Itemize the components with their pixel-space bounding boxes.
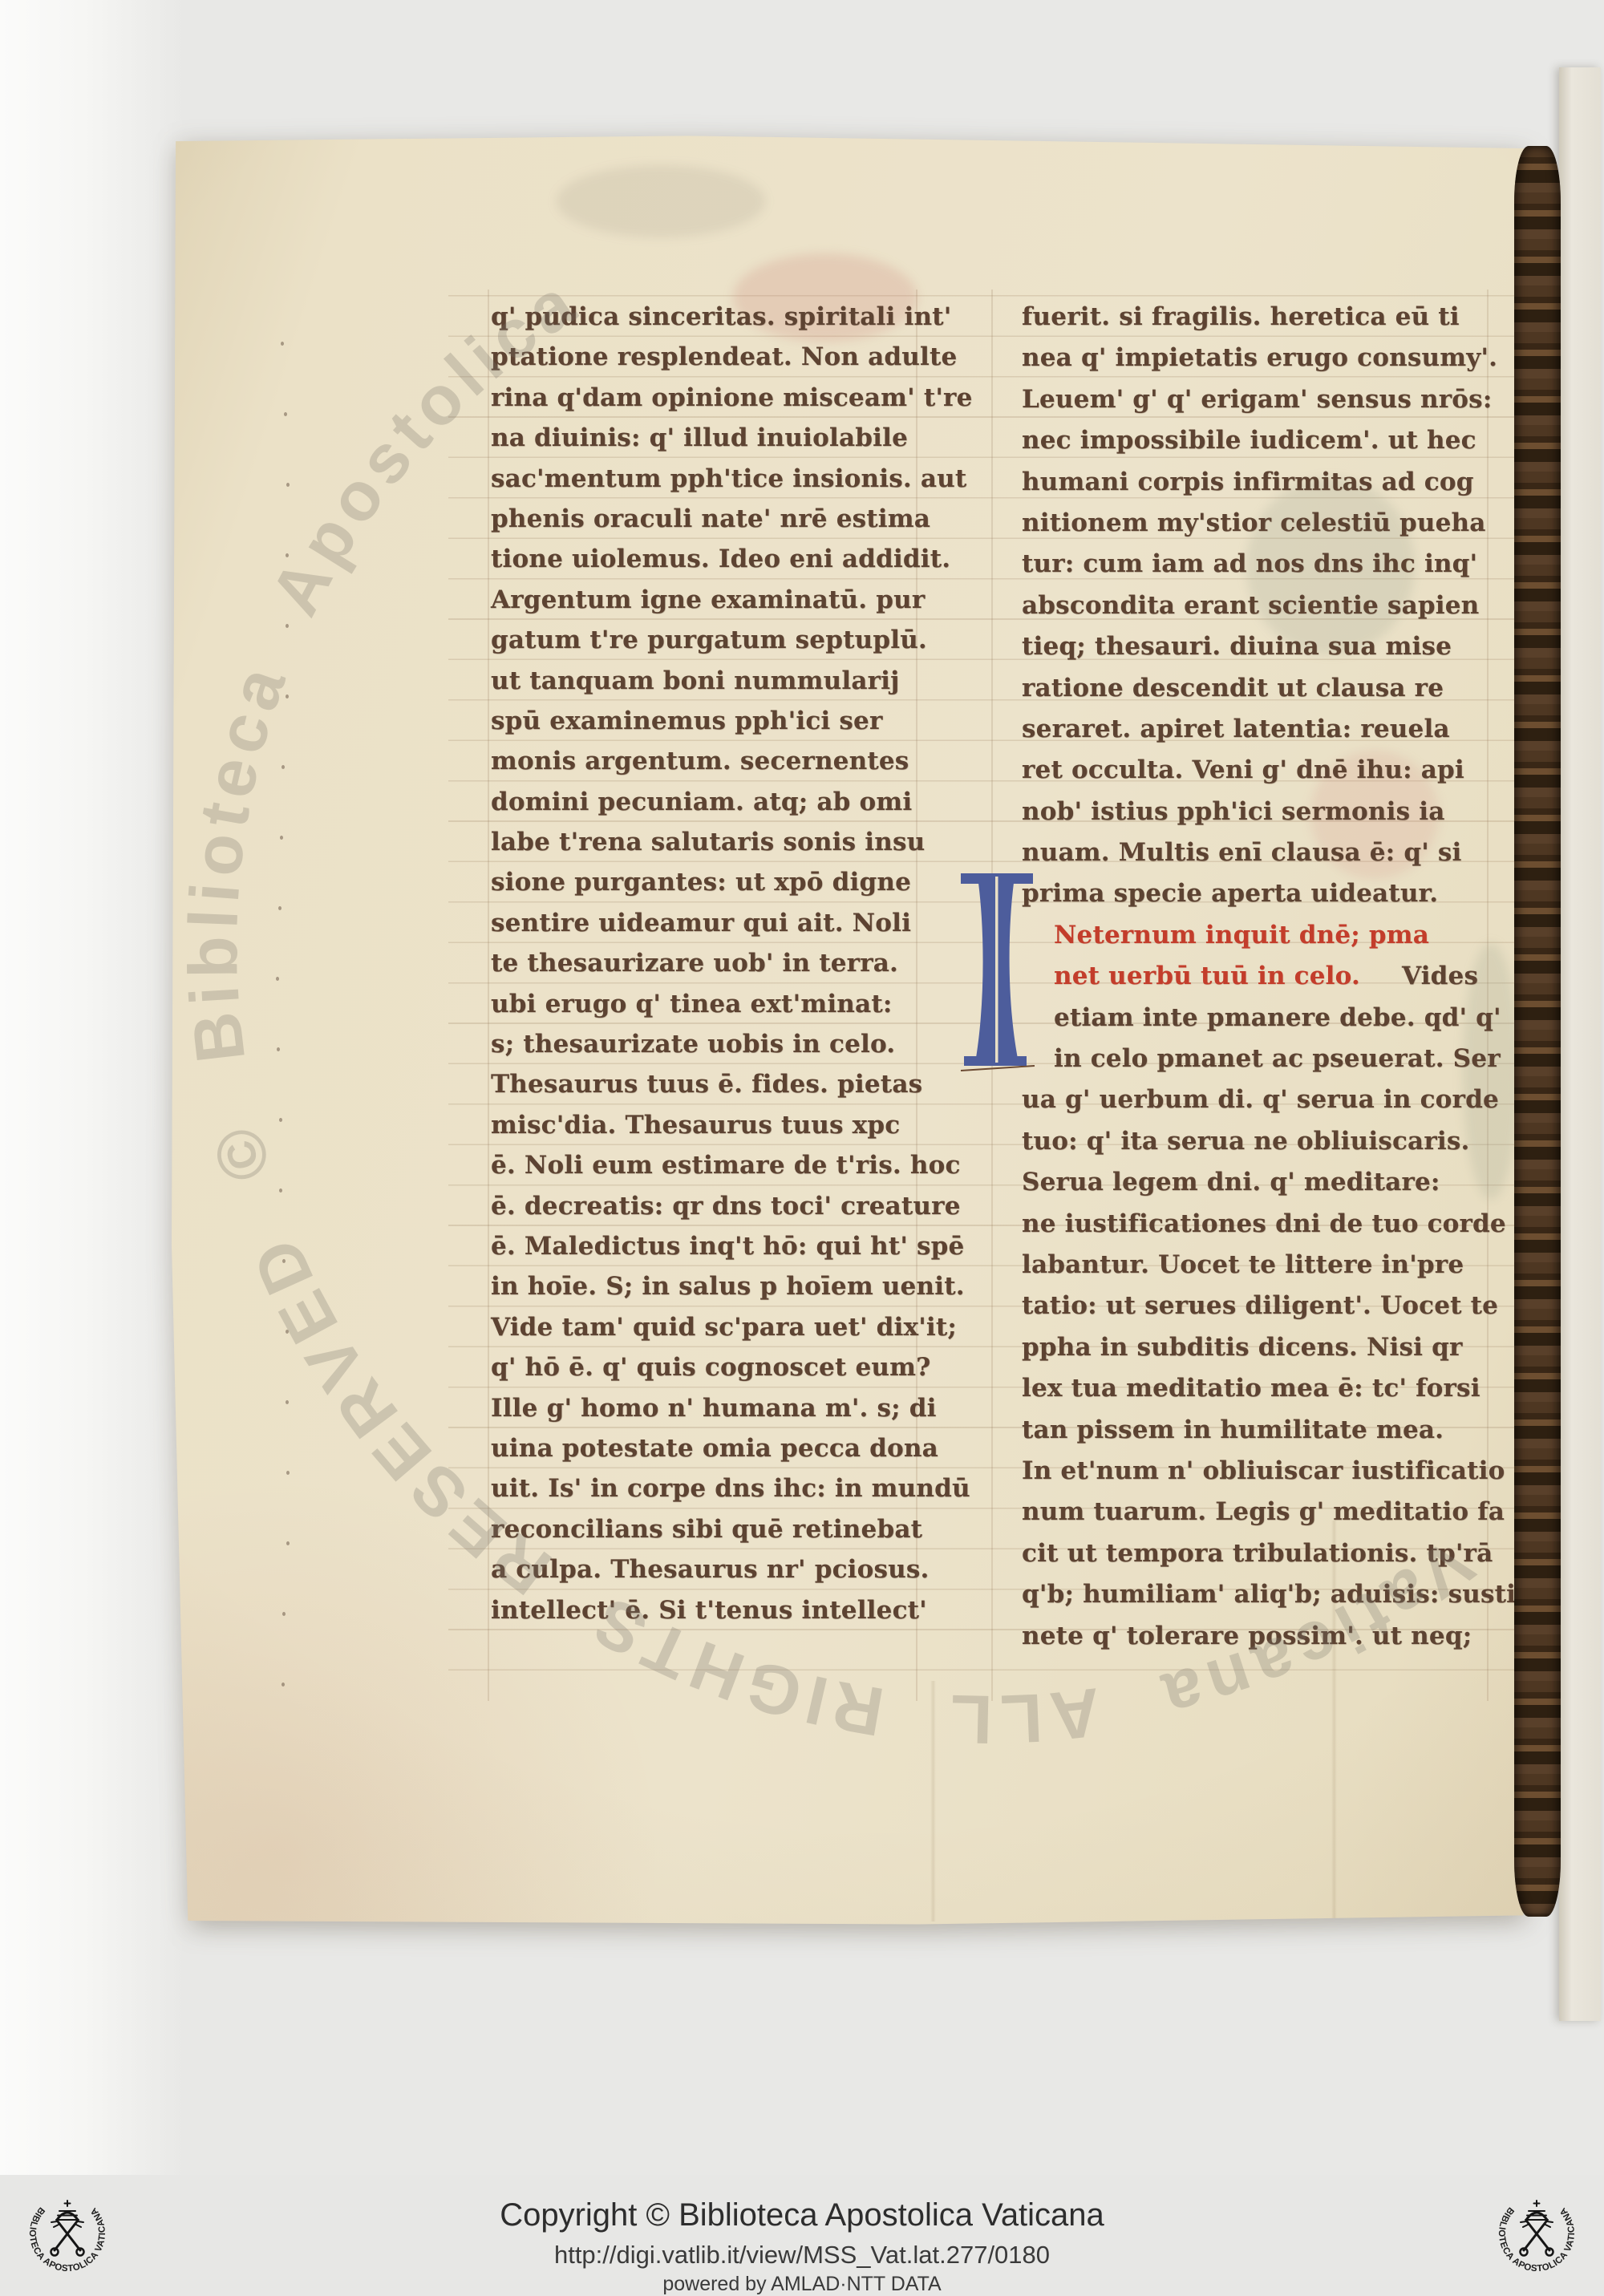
pricking-dot [282, 1683, 285, 1687]
manuscript-line: cit ut tempora tribulationis. tp'rā [1022, 1533, 1471, 1574]
pricking-dot [286, 1541, 290, 1545]
manuscript-text: te thesaurizare uob' in terra. [491, 949, 898, 978]
manuscript-text: humani corpis infirmitas ad cog [1022, 468, 1474, 496]
rubric-text: Neternum inquit dnē; pma [1054, 921, 1429, 950]
manuscript-text: q' hō ē. q' quis cognoscet eum? [491, 1353, 931, 1382]
manuscript-line: ptatione resplendeat. Non adulte [491, 337, 914, 377]
manuscript-line: gatum t're purgatum septuplū. [491, 620, 914, 660]
manuscript-text: domini pecuniam. atq; ab omi [491, 788, 912, 816]
manuscript-text: nete q' tolerare possim'. ut neq; [1022, 1622, 1472, 1650]
manuscript-line: na diuinis: q' illud inuiolabile [491, 418, 914, 458]
manuscript-line: sac'mentum pph'tice insionis. aut [491, 459, 914, 499]
manuscript-line: net uerbū tuū in celo.Vides [1022, 956, 1471, 997]
manuscript-line: tuo: q' ita serua ne obliuiscaris. [1022, 1121, 1471, 1162]
manuscript-text: spū examinemus pph'ici ser [491, 707, 883, 735]
bav-logo-right: BIBLIOTECA APOSTOLICA VATICANA [1487, 2180, 1586, 2287]
manuscript-text: na diuinis: q' illud inuiolabile [491, 423, 908, 452]
manuscript-text: in celo pmanet ac pseuerat. Ser [1054, 1044, 1501, 1073]
manuscript-line: ratione descendit ut clausa re [1022, 668, 1471, 709]
manuscript-line: Neternum inquit dnē; pma [1022, 915, 1471, 956]
pricking-dot [276, 977, 279, 981]
manuscript-text: nuam. Multis enī clausa ē: q' si [1022, 838, 1462, 867]
bav-logo-left: BIBLIOTECA APOSTOLICA VATICANA [18, 2180, 117, 2287]
manuscript-line: uina potestate omia pecca dona [491, 1428, 914, 1468]
manuscript-text: ubi erugo q' tinea ext'minat: [491, 990, 893, 1018]
manuscript-text: Thesaurus tuus ē. fides. pietas [491, 1070, 922, 1099]
manuscript-text: tuo: q' ita serua ne obliuiscaris. [1022, 1127, 1469, 1156]
manuscript-line: s; thesaurizate uobis in celo. [491, 1024, 914, 1064]
manuscript-line: Leuem' g' q' erigam' sensus nrōs: [1022, 379, 1471, 420]
manuscript-text: tan pissem in humilitate mea. [1022, 1415, 1444, 1444]
manuscript-line: q' hō ē. q' quis cognoscet eum? [491, 1347, 914, 1387]
scanner-edge-left [0, 0, 184, 2296]
pricking-dot [286, 1471, 290, 1475]
manuscript-line: nete q' tolerare possim'. ut neq; [1022, 1616, 1471, 1657]
manuscript-text: labe t'rena salutaris sonis insu [491, 828, 925, 856]
parchment-crease [930, 1681, 936, 1921]
manuscript-line: reconcilians sibi quē retinebat [491, 1509, 914, 1549]
manuscript-text: sione purgantes: ut xpō digne [491, 868, 911, 897]
manuscript-text: ē. Noli eum estimare de t'ris. hoc [491, 1151, 961, 1180]
manuscript-line: tur: cum iam ad nos dns ihc inq' [1022, 544, 1471, 585]
manuscript-text: phenis oraculi nate' nrē estima [491, 504, 930, 533]
manuscript-text: ē. decreatis: qr dns toci' creature [491, 1192, 961, 1221]
manuscript-line: Vide tam' quid sc'para uet' dix'it; [491, 1307, 914, 1347]
manuscript-text: ua g' uerbum di. q' serua in corde [1022, 1085, 1499, 1114]
manuscript-text: prima specie aperta uideatur. [1022, 879, 1438, 908]
manuscript-line: intellect' ē. Si t'tenus intellect' [491, 1590, 914, 1630]
manuscript-text: labantur. Uocet te littere in'pre [1022, 1250, 1464, 1279]
manuscript-line: ua g' uerbum di. q' serua in corde [1022, 1079, 1471, 1120]
manuscript-line: fuerit. si fragilis. heretica eū ti [1022, 297, 1471, 338]
manuscript-line: tatio: ut serues diligent'. Uocet te [1022, 1286, 1471, 1326]
ruling-vertical-left [488, 290, 489, 1701]
manuscript-text: ppha in subditis dicens. Nisi qr [1022, 1333, 1463, 1362]
manuscript-line: nitionem my'stior celestiū pueha [1022, 503, 1471, 544]
pricking-dot [279, 1118, 282, 1122]
pricking-dot [280, 836, 283, 840]
manuscript-text: s; thesaurizate uobis in celo. [491, 1030, 895, 1059]
manuscript-line: uit. Is' in corpe dns ihc: in mundū [491, 1468, 914, 1508]
manuscript-text: ne iustificationes dni de tuo corde [1022, 1209, 1506, 1238]
manuscript-line: a culpa. Thesaurus nr' pciosus. [491, 1549, 914, 1589]
pricking-dot [282, 1259, 286, 1263]
manuscript-line: nea q' impietatis erugo consumy'. [1022, 338, 1471, 379]
manuscript-line: sione purgantes: ut xpō digne [491, 862, 914, 902]
manuscript-text: misc'dia. Thesaurus tuus xpc [491, 1111, 900, 1140]
manuscript-line: q'b; humiliam' aliq'b; aduisis: susti [1022, 1574, 1471, 1615]
manuscript-text: a culpa. Thesaurus nr' pciosus. [491, 1555, 930, 1584]
pricking-dot [284, 412, 287, 416]
show-through-stain [557, 165, 765, 237]
manuscript-text: ret occulta. Veni g' dnē ihu: api [1022, 755, 1464, 784]
manuscript-text: uina potestate omia pecca dona [491, 1434, 938, 1463]
manuscript-line: num tuarum. Legis g' meditatio fa [1022, 1492, 1471, 1533]
crossed-keys-icon [1521, 2201, 1553, 2256]
manuscript-line: sentire uideamur qui ait. Noli [491, 903, 914, 943]
manuscript-line: lex tua meditatio mea ē: tc' forsi [1022, 1368, 1471, 1409]
manuscript-line: ē. Maledictus inq't hō: qui ht' spē [491, 1226, 914, 1266]
manuscript-text: ptatione resplendeat. Non adulte [491, 342, 957, 371]
manuscript-line: ē. Noli eum estimare de t'ris. hoc [491, 1145, 914, 1185]
manuscript-line: in celo pmanet ac pseuerat. Ser [1022, 1039, 1471, 1079]
manuscript-text: reconcilians sibi quē retinebat [491, 1515, 922, 1544]
manuscript-text: ut tanquam boni nummularij [491, 666, 900, 695]
manuscript-text: seraret. apiret latentia: reuela [1022, 715, 1450, 743]
manuscript-text: rina q'dam opinione misceam' t're [491, 383, 973, 412]
next-folio-edge [1559, 67, 1601, 2021]
manuscript-line: rina q'dam opinione misceam' t're [491, 378, 914, 418]
manuscript-text: lex tua meditatio mea ē: tc' forsi [1022, 1374, 1480, 1403]
footer-bar: Copyright © Biblioteca Apostolica Vatica… [0, 2175, 1604, 2296]
pricking-dot [286, 1400, 289, 1404]
manuscript-line: misc'dia. Thesaurus tuus xpc [491, 1105, 914, 1145]
left-text-column: q' pudica sinceritas. spiritali int'ptat… [491, 297, 914, 1630]
manuscript-text: Serua legem dni. q' meditare: [1022, 1168, 1440, 1197]
scan-page: q' pudica sinceritas. spiritali int'ptat… [0, 0, 1604, 2296]
manuscript-text: tieq; thesauri. diuina sua mise [1022, 632, 1452, 661]
manuscript-text: Argentum igne examinatū. pur [491, 585, 925, 614]
manuscript-text: nea q' impietatis erugo consumy'. [1022, 343, 1497, 372]
manuscript-line: ē. decreatis: qr dns toci' creature [491, 1186, 914, 1226]
manuscript-text: cit ut tempora tribulationis. tp'rā [1022, 1539, 1493, 1568]
manuscript-line: in hoīe. S; in salus p hoīem uenit. [491, 1266, 914, 1306]
manuscript-line: Ille g' homo n' humana m'. s; di [491, 1388, 914, 1428]
manuscript-line: ret occulta. Veni g' dnē ihu: api [1022, 750, 1471, 791]
manuscript-line: ne iustificationes dni de tuo corde [1022, 1204, 1471, 1245]
manuscript-text: uit. Is' in corpe dns ihc: in mundū [491, 1474, 970, 1503]
pricking-dots [274, 342, 322, 1753]
manuscript-line: Argentum igne examinatū. pur [491, 580, 914, 620]
manuscript-line: humani corpis infirmitas ad cog [1022, 462, 1471, 503]
manuscript-line: ubi erugo q' tinea ext'minat: [491, 984, 914, 1024]
pricking-dot [286, 483, 290, 487]
manuscript-line: domini pecuniam. atq; ab omi [491, 782, 914, 822]
manuscript-text: gatum t're purgatum septuplū. [491, 626, 927, 654]
pricking-dot [286, 624, 289, 628]
manuscript-text: nob' istius pph'ici sermonis ia [1022, 797, 1445, 826]
manuscript-line: ut tanquam boni nummularij [491, 661, 914, 701]
manuscript-text: Vide tam' quid sc'para uet' dix'it; [491, 1313, 957, 1342]
manuscript-text: etiam inte pmanere debe. qd' q' [1054, 1003, 1501, 1032]
manuscript-line: Serua legem dni. q' meditare: [1022, 1162, 1471, 1203]
manuscript-text: sac'mentum pph'tice insionis. aut [491, 464, 966, 493]
manuscript-text: q' pudica sinceritas. spiritali int' [491, 302, 951, 331]
pricking-dot [281, 342, 284, 346]
manuscript-line: etiam inte pmanere debe. qd' q' [1022, 998, 1471, 1039]
manuscript-line: seraret. apiret latentia: reuela [1022, 709, 1471, 750]
manuscript-text: Vides [1360, 962, 1478, 990]
manuscript-line: tan pissem in humilitate mea. [1022, 1410, 1471, 1451]
ruling-vertical-mid2 [991, 290, 993, 1701]
manuscript-line: nec impossibile iudicem'. ut hec [1022, 420, 1471, 461]
manuscript-line: q' pudica sinceritas. spiritali int' [491, 297, 914, 337]
manuscript-line: nob' istius pph'ici sermonis ia [1022, 792, 1471, 832]
pricking-dot [278, 906, 282, 910]
pricking-dot [286, 694, 289, 699]
manuscript-line: ppha in subditis dicens. Nisi qr [1022, 1327, 1471, 1368]
manuscript-line: phenis oraculi nate' nrē estima [491, 499, 914, 539]
footer-powered: powered by AMLAD·NTT DATA [0, 2273, 1604, 2296]
manuscript-line: monis argentum. secernentes [491, 741, 914, 781]
manuscript-text: ē. Maledictus inq't hō: qui ht' spē [491, 1232, 964, 1261]
manuscript-line: prima specie aperta uideatur. [1022, 873, 1471, 914]
manuscript-text: abscondita erant scientie sapien [1022, 591, 1479, 620]
manuscript-line: tieq; thesauri. diuina sua mise [1022, 626, 1471, 667]
manuscript-text: monis argentum. secernentes [491, 747, 909, 775]
manuscript-text: nec impossibile iudicem'. ut hec [1022, 426, 1476, 455]
footer-url: http://digi.vatlib.it/view/MSS_Vat.lat.2… [0, 2241, 1604, 2270]
binding-gutter [1514, 146, 1561, 1917]
manuscript-line: labantur. Uocet te littere in'pre [1022, 1245, 1471, 1286]
pricking-dot [286, 1330, 289, 1334]
manuscript-text: q'b; humiliam' aliq'b; aduisis: susti [1022, 1580, 1516, 1609]
manuscript-text: ratione descendit ut clausa re [1022, 674, 1444, 703]
manuscript-line: te thesaurizare uob' in terra. [491, 943, 914, 983]
manuscript-text: Ille g' homo n' humana m'. s; di [491, 1394, 937, 1423]
footer-copyright: Copyright © Biblioteca Apostolica Vatica… [0, 2197, 1604, 2233]
manuscript-text: intellect' ē. Si t'tenus intellect' [491, 1596, 927, 1625]
manuscript-line: In et'num n' obliuiscar iustificatio [1022, 1451, 1471, 1492]
manuscript-text: in hoīe. S; in salus p hoīem uenit. [491, 1272, 965, 1301]
pricking-dot [279, 1188, 282, 1193]
rubric-text: net uerbū tuū in celo. [1054, 962, 1360, 990]
manuscript-line: labe t'rena salutaris sonis insu [491, 822, 914, 862]
pricking-dot [282, 765, 285, 769]
manuscript-line: abscondita erant scientie sapien [1022, 585, 1471, 626]
manuscript-text: nitionem my'stior celestiū pueha [1022, 508, 1486, 537]
manuscript-line: Thesaurus tuus ē. fides. pietas [491, 1064, 914, 1104]
right-text-column: fuerit. si fragilis. heretica eū tinea q… [1022, 297, 1471, 1657]
manuscript-line: nuam. Multis enī clausa ē: q' si [1022, 832, 1471, 873]
manuscript-line: spū examinemus pph'ici ser [491, 701, 914, 741]
manuscript-text: In et'num n' obliuiscar iustificatio [1022, 1456, 1505, 1485]
pricking-dot [282, 1612, 286, 1616]
pricking-dot [286, 553, 289, 557]
manuscript-line: tione uiolemus. Ideo eni addidit. [491, 539, 914, 579]
manuscript-text: Leuem' g' q' erigam' sensus nrōs: [1022, 385, 1492, 414]
manuscript-text: fuerit. si fragilis. heretica eū ti [1022, 302, 1460, 331]
pricking-dot [277, 1047, 280, 1051]
crossed-keys-icon [51, 2201, 84, 2256]
manuscript-text: num tuarum. Legis g' meditatio fa [1022, 1497, 1505, 1526]
manuscript-text: tione uiolemus. Ideo eni addidit. [491, 545, 950, 573]
manuscript-text: tur: cum iam ad nos dns ihc inq' [1022, 549, 1477, 578]
manuscript-text: tatio: ut serues diligent'. Uocet te [1022, 1291, 1498, 1320]
manuscript-text: sentire uideamur qui ait. Noli [491, 909, 911, 937]
